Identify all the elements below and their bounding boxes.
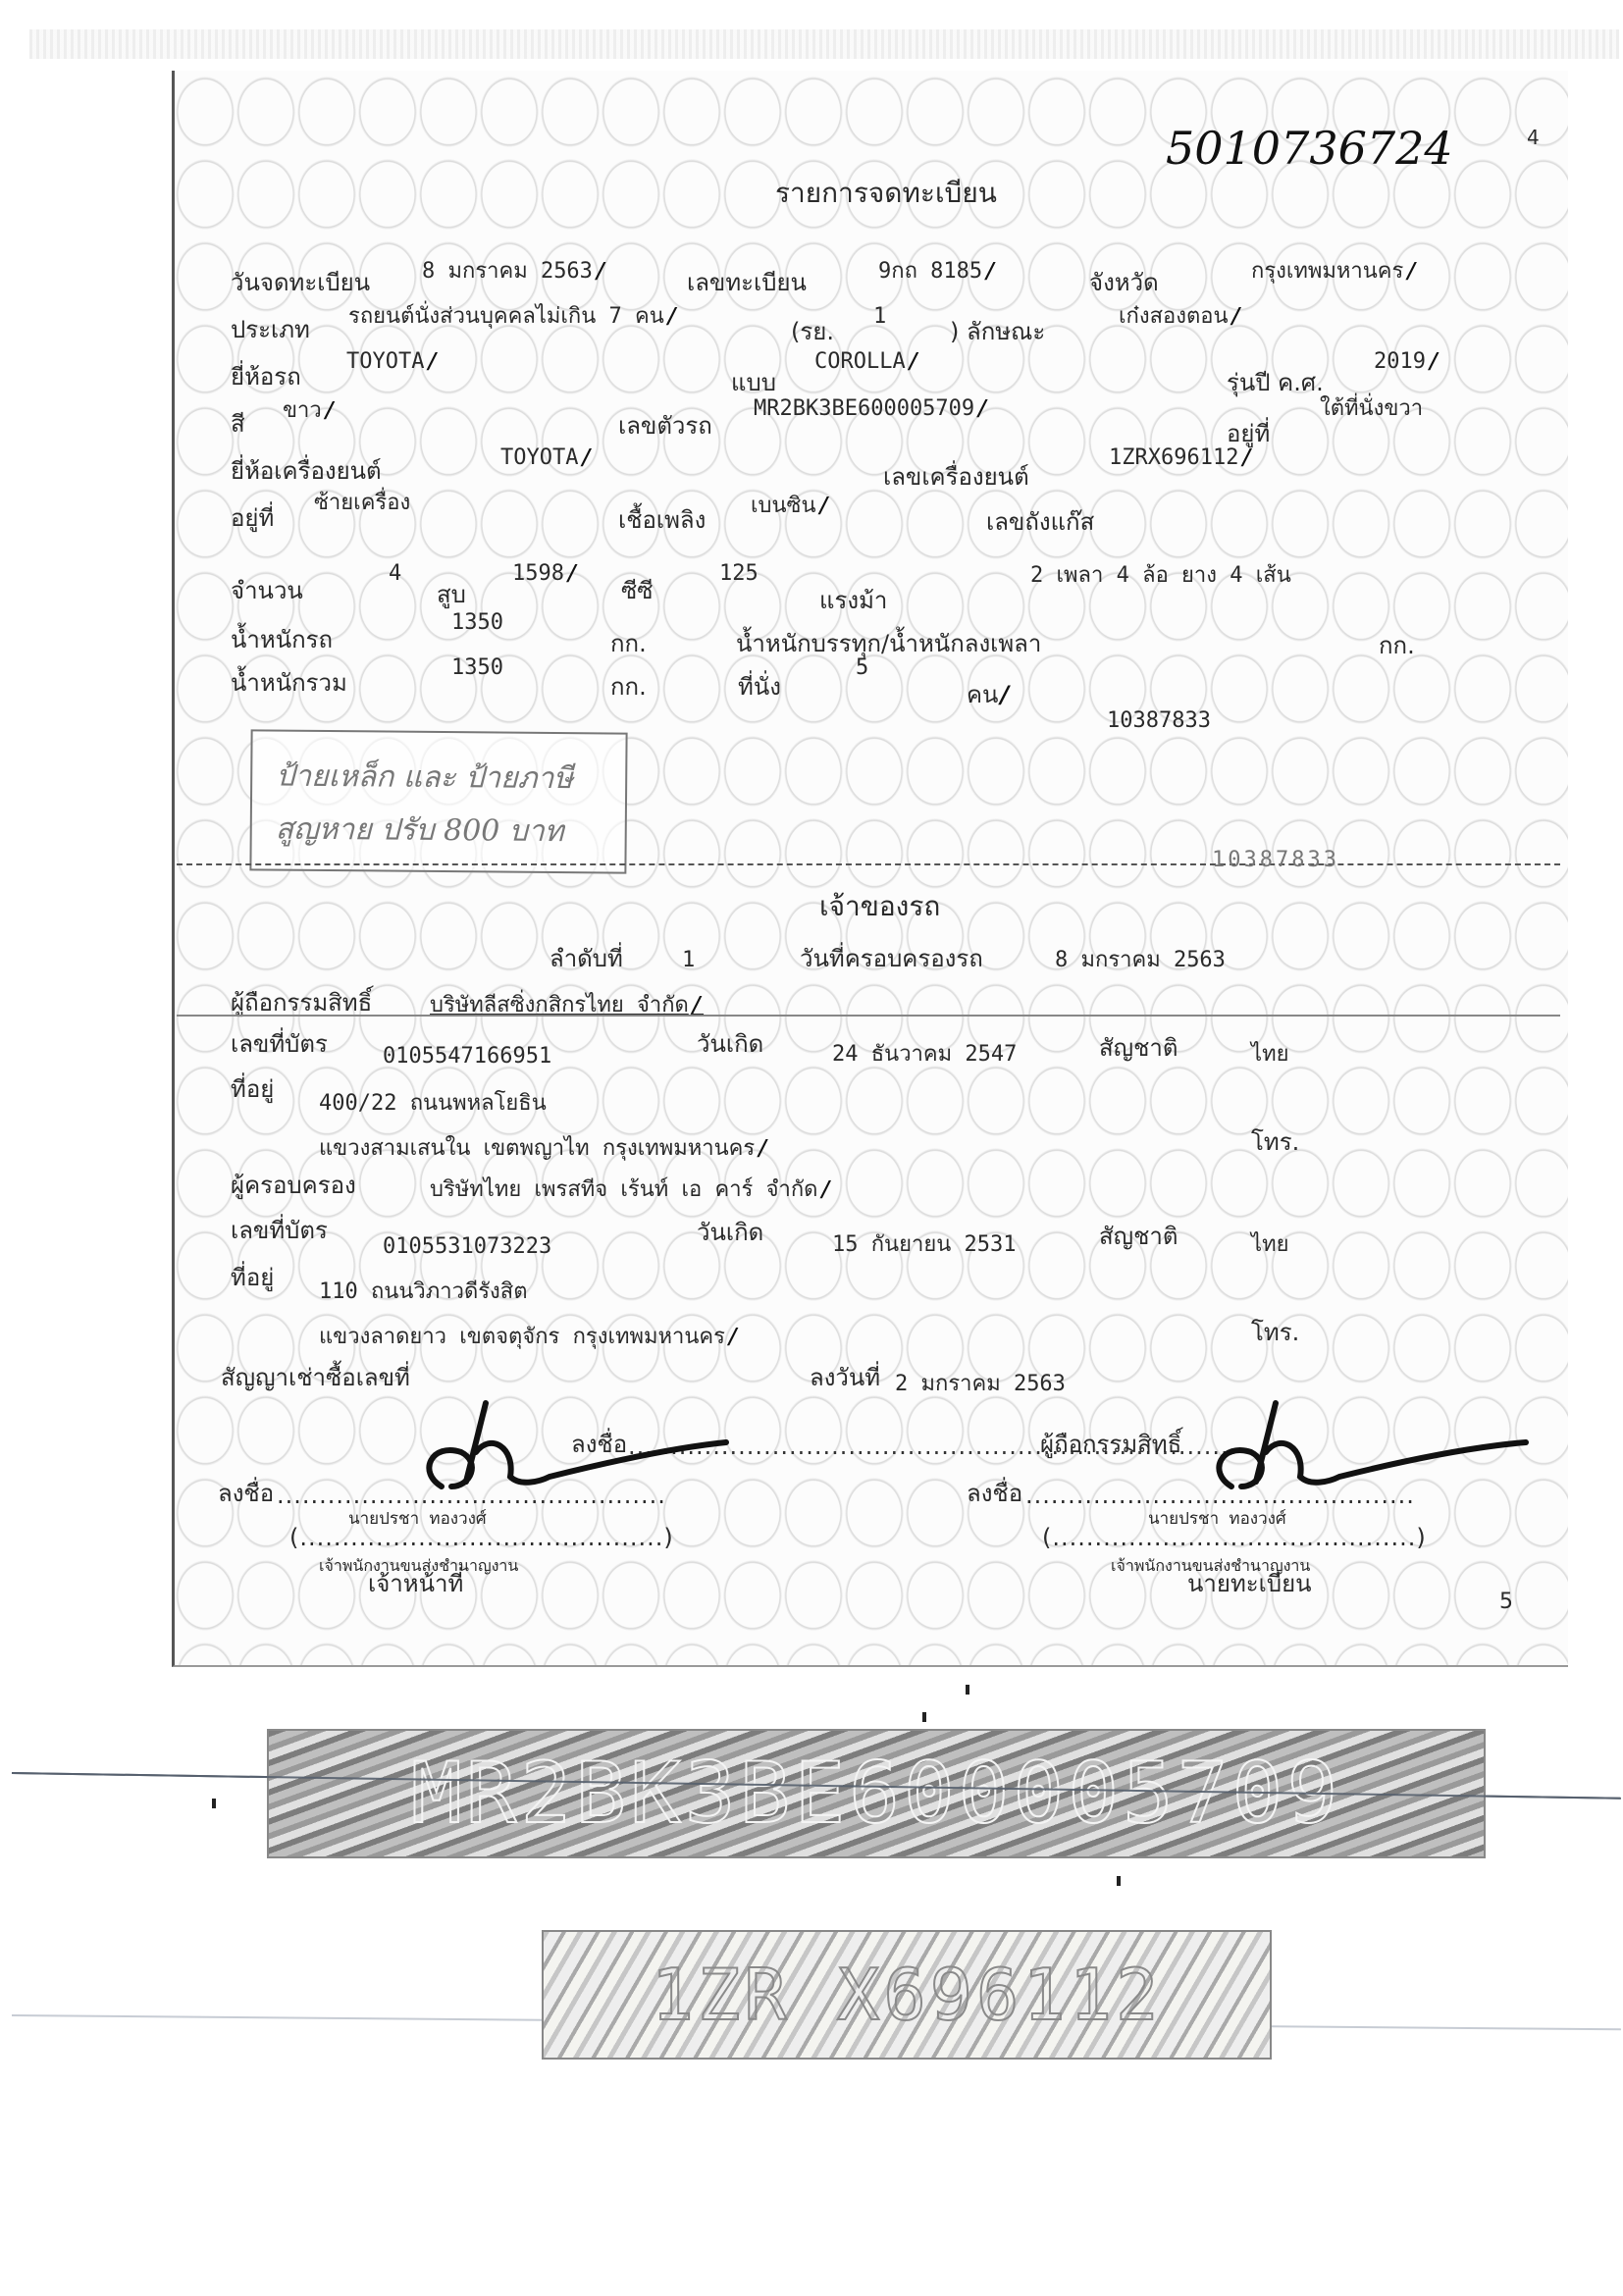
engine-cc: 1598	[512, 563, 579, 585]
engine-location: ซ้ายเครื่อง	[314, 493, 410, 514]
possessor-label: ผู้ครอบครอง	[231, 1174, 356, 1197]
perforation-line	[177, 863, 1560, 865]
persons-label: คน	[967, 683, 1009, 706]
engine-no-label: เลขเครื่องยนต์	[883, 465, 1029, 489]
possessor-tel-label: โทร.	[1251, 1321, 1299, 1344]
ry-number: 1	[873, 306, 886, 328]
possessor-nationality-label: สัญชาติ	[1099, 1225, 1178, 1248]
possessor-address-label: ที่อยู่	[231, 1266, 274, 1289]
cylinder-label: สูบ	[437, 583, 466, 606]
vin-location-label: อยู่ที่	[1227, 422, 1270, 445]
owner-id: 0105547166951	[383, 1046, 551, 1068]
owner-dob-label: วันเกิด	[697, 1032, 763, 1056]
owner-id-label: เลขที่บัตร	[231, 1032, 328, 1056]
right-name-bracket: (.......................................…	[1042, 1526, 1427, 1549]
weight-label: น้ำหนักรถ	[231, 628, 333, 652]
gross-weight-label: น้ำหนักรวม	[231, 671, 347, 695]
cylinders: 4	[389, 563, 401, 585]
cc-label: ซีซี	[621, 579, 654, 602]
engine-rubbing-text: 1ZR X696112	[544, 1954, 1270, 2036]
stamp-line-1: ป้ายเหล็ก และ ป้ายภาษี	[276, 754, 573, 803]
owner-nationality-label: สัญชาติ	[1099, 1036, 1178, 1060]
seats: 5	[856, 657, 868, 679]
province: กรุงเทพมหานคร	[1251, 261, 1419, 283]
lost-plate-stamp: ป้ายเหล็ก และ ป้ายภาษี สูญหาย ปรับ 800 บ…	[249, 729, 627, 873]
scan-speck	[966, 1685, 969, 1695]
reg-date: 8 มกราคม 2563	[422, 261, 607, 283]
engine-number: 1ZRX696112	[1109, 447, 1254, 469]
fuel: เบนซิน	[751, 496, 831, 517]
owner-name: บริษัทลีสซิ่งกสิกรไทย จำกัด	[430, 995, 704, 1017]
engine-brand: TOYOTA	[500, 447, 594, 469]
color-label: สี	[231, 412, 245, 436]
hp-label: แรงม้า	[819, 589, 887, 612]
possessor-address-line-1: 110 ถนนวิภาวดีรังสิต	[319, 1281, 528, 1303]
possessor-dob-label: วันเกิด	[697, 1221, 763, 1244]
plate-label: เลขทะเบียน	[687, 271, 807, 294]
scan-speck	[922, 1712, 926, 1722]
brand-label: ยี่ห้อรถ	[231, 365, 301, 389]
owner-nationality: ไทย	[1251, 1044, 1288, 1066]
owner-address-line-1: 400/22 ถนนพหลโยธิน	[319, 1093, 547, 1115]
possession-date: 8 มกราคม 2563	[1055, 950, 1226, 971]
engine-rubbing: 1ZR X696112	[542, 1930, 1272, 2060]
fuel-label: เชื้อเพลิง	[618, 508, 706, 532]
axles-wheels-tires: 2 เพลา 4 ล้อ ยาง 4 เส้น	[1030, 565, 1291, 587]
horsepower: 125	[719, 563, 759, 585]
serial-number: 10387833	[1107, 710, 1211, 732]
model: COROLLA	[814, 351, 920, 373]
type-label: ประเภท	[231, 318, 310, 341]
engine-brand-label: ยี่ห้อเครื่องยนต์	[231, 459, 382, 483]
brand: TOYOTA	[346, 351, 440, 373]
possessor-dob: 15 กันยายน 2531	[832, 1234, 1017, 1256]
right-sign-dots: ........................................…	[1025, 1484, 1415, 1507]
province-label: จังหวัด	[1089, 271, 1159, 294]
owner-dob: 24 ธันวาคม 2547	[832, 1044, 1017, 1066]
color: ขาว	[283, 400, 337, 422]
model-year: 2019	[1374, 351, 1440, 373]
vehicle-type: รถยนต์นั่งส่วนบุคคลไม่เกิน 7 คน	[348, 306, 679, 328]
owner-address-label: ที่อยู่	[231, 1077, 274, 1101]
scan-line	[177, 1015, 1560, 1017]
seats-label: ที่นั่ง	[738, 675, 781, 699]
plate-number: 9กถ 8185	[878, 261, 997, 283]
owner-address-line-2: แขวงสามเสนใน เขตพญาไท กรุงเทพมหานคร	[319, 1138, 769, 1160]
gross-weight: 1350	[451, 657, 503, 679]
load-kg: กก.	[1379, 634, 1415, 657]
possessor-address-line-2: แขวงลาดยาว เขตจตุจักร กรุงเทพมหานคร	[319, 1327, 740, 1348]
model-label: แบบ	[731, 371, 776, 394]
reg-date-label: วันจดทะเบียน	[231, 271, 370, 294]
ry-label: (รย.	[791, 320, 834, 343]
gross-kg: กก.	[610, 675, 647, 699]
left-officer-role: เจ้าหน้าที่	[368, 1572, 463, 1595]
vehicle-weight: 1350	[451, 612, 503, 634]
possessor-id-label: เลขที่บัตร	[231, 1219, 328, 1242]
possession-date-label: วันที่ครอบครองรถ	[800, 947, 983, 970]
handwritten-number: 5010736724	[1166, 126, 1453, 171]
scan-speck	[1117, 1876, 1121, 1886]
vin: MR2BK3BE600005709	[754, 398, 989, 420]
load-label: น้ำหนักบรรทุก/น้ำหนักลงเพลา	[736, 632, 1041, 655]
owner-tel-label: โทร.	[1251, 1130, 1299, 1154]
scan-artifact-top	[29, 29, 1619, 59]
body-style: เก๋งสองตอน	[1119, 306, 1243, 328]
left-sign-label: ลงชื่อ	[218, 1482, 274, 1505]
gas-tank-label: เลขถังแก๊ส	[986, 510, 1094, 534]
scan-speck	[212, 1799, 216, 1808]
style-label: ลักษณะ	[967, 320, 1045, 343]
page-mark-bottom: 5	[1499, 1592, 1513, 1613]
owner-order: 1	[682, 950, 695, 971]
possessor-id: 0105531073223	[383, 1236, 551, 1258]
ry-close: )	[950, 320, 959, 343]
lease-no-label: สัญญาเช่าซื้อเลขที่	[221, 1366, 410, 1389]
possessor-name: บริษัทไทย เพรสทีจ เร้นท์ เอ คาร์ จำกัด	[430, 1179, 833, 1201]
right-sign-label: ลงชื่อ	[967, 1482, 1022, 1505]
serial-number-repeat: 10387833	[1212, 850, 1339, 871]
engine-location-label: อยู่ที่	[231, 506, 274, 530]
owner-heading: เจ้าของรถ	[819, 893, 940, 920]
owner-label: ผู้ถือกรรมสิทธิ์	[231, 991, 372, 1015]
weight-kg: กก.	[610, 632, 647, 655]
document-title: รายการจดทะเบียน	[775, 180, 997, 207]
vin-location: ใต้ที่นั่งขวา	[1320, 398, 1423, 420]
stamp-line-2: สูญหาย ปรับ 800 บาท	[276, 807, 564, 856]
lease-date-label: ลงวันที่	[810, 1366, 880, 1389]
owner-sign-suffix: ผู้ถือกรรมสิทธิ์	[1040, 1433, 1181, 1456]
left-sign-dots: ........................................…	[277, 1484, 666, 1507]
left-name-bracket: (.......................................…	[289, 1526, 674, 1549]
possessor-nationality: ไทย	[1251, 1234, 1288, 1256]
year-label: รุ่นปี ค.ศ.	[1227, 371, 1324, 394]
count-label: จำนวน	[231, 579, 303, 602]
page-mark-top: 4	[1527, 128, 1540, 147]
order-label: ลำดับที่	[550, 947, 623, 970]
vin-label: เลขตัวรถ	[618, 414, 712, 438]
right-officer-role: นายทะเบียน	[1187, 1572, 1312, 1595]
lease-date: 2 มกราคม 2563	[895, 1374, 1066, 1395]
